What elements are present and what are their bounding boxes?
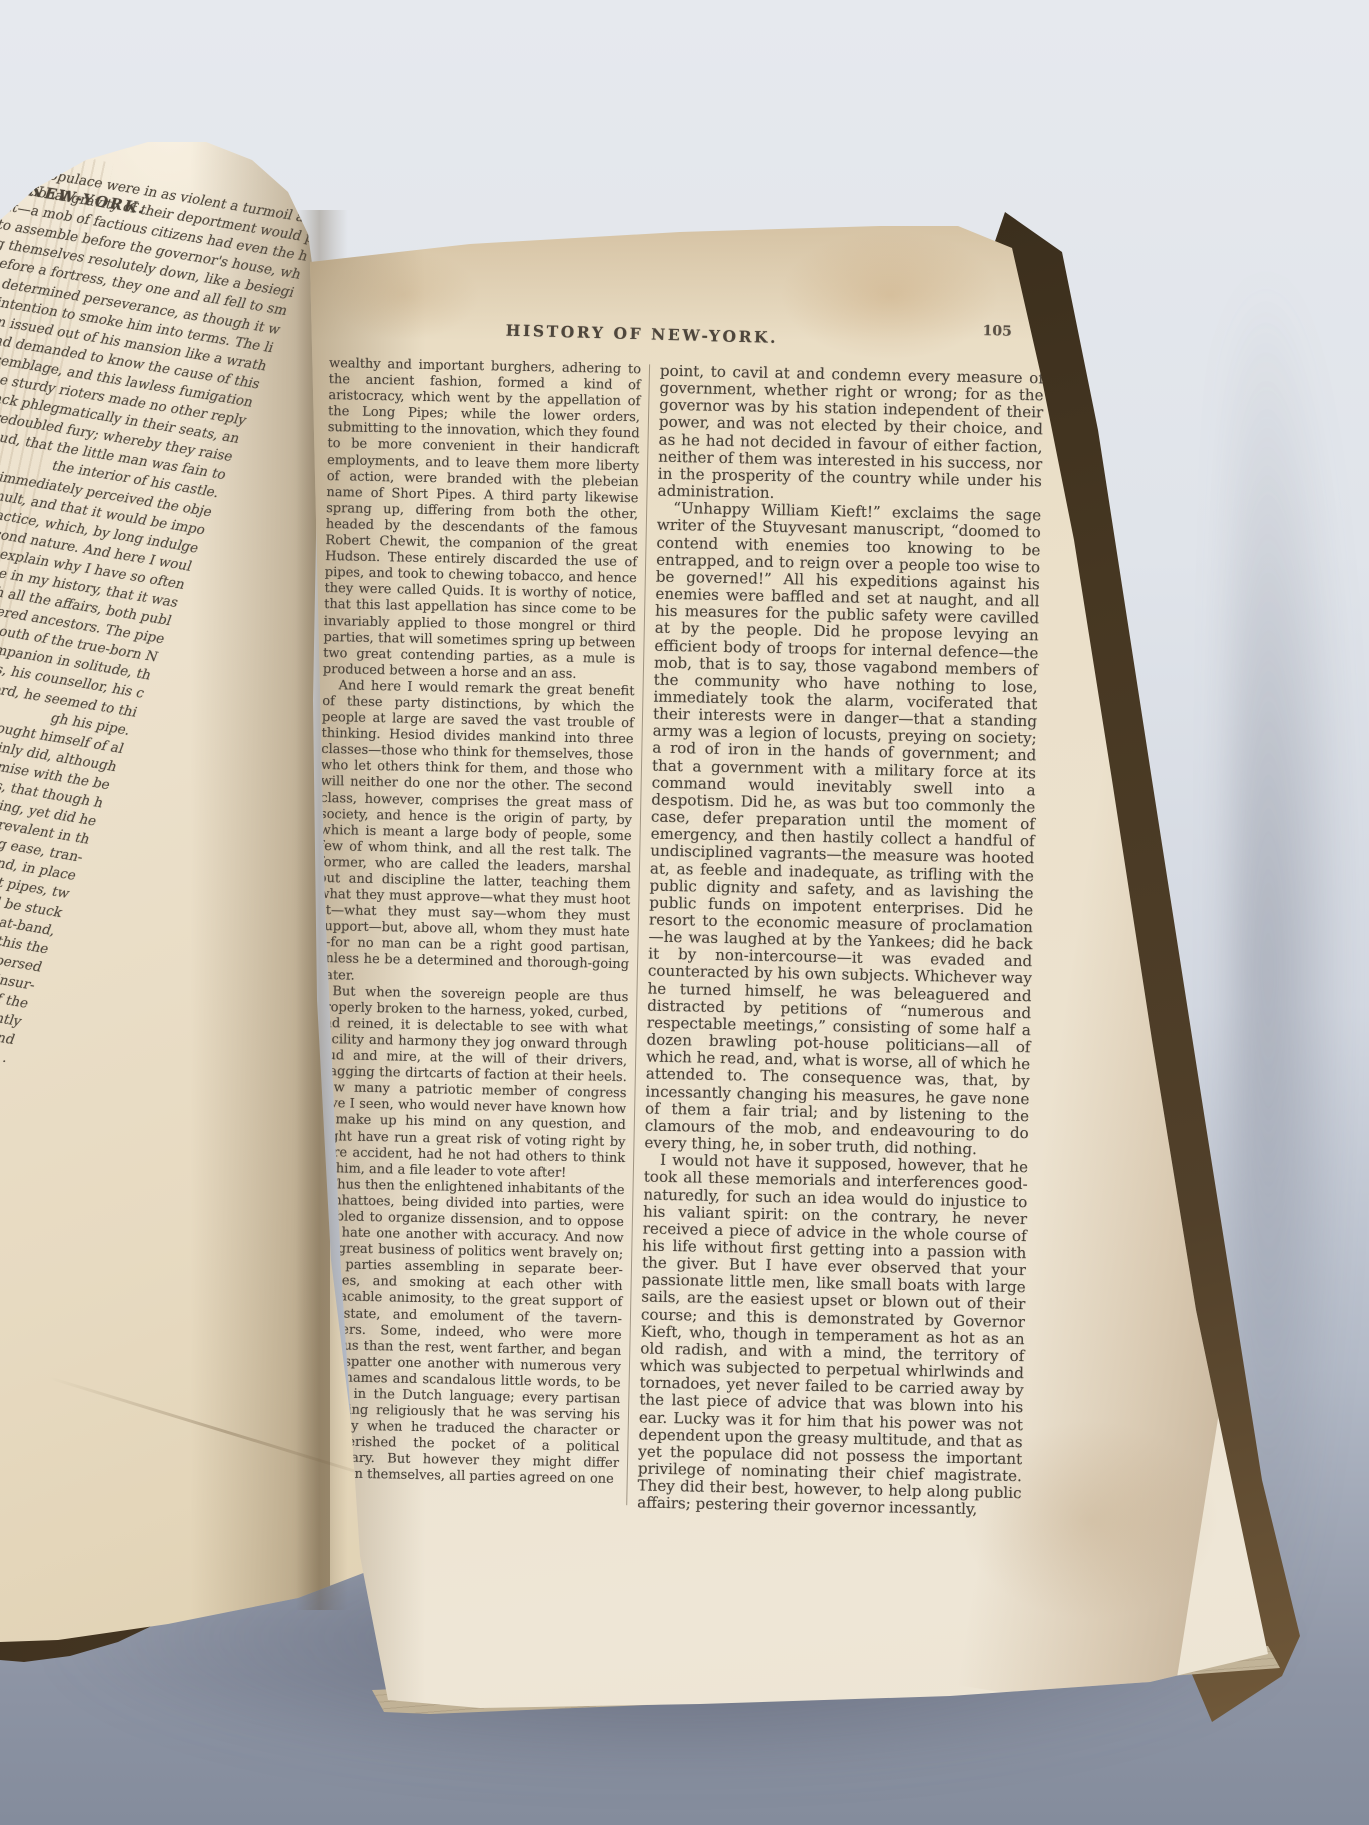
photo-of-open-book: OF NEW-YORK. The populace were in as vio… — [0, 0, 1369, 1825]
printed-area: HISTORY OF NEW-YORK. 105 wealthy and imp… — [306, 316, 1046, 1520]
paragraph: And here I would remark the great benefi… — [317, 678, 635, 990]
paragraph: But when the sovereign people are thus p… — [313, 984, 629, 1183]
page-number: 105 — [982, 323, 1012, 340]
paragraph: wealthy and important burghers, adhering… — [323, 356, 641, 684]
two-column-text: wealthy and important burghers, adhering… — [306, 356, 1045, 1520]
paragraph: “Unhappy William Kieft!” exclaims the sa… — [644, 500, 1041, 1160]
left-text-column: wealthy and important burghers, adhering… — [306, 356, 641, 1511]
running-head: HISTORY OF NEW-YORK. — [505, 321, 778, 347]
paragraph: Thus then the enlightened inhabitants of… — [307, 1177, 625, 1489]
paragraph: I would not have it supposed, however, t… — [637, 1152, 1028, 1520]
paragraph: point, to cavil at and condemn every mea… — [657, 363, 1044, 508]
right-text-column: point, to cavil at and condemn every mea… — [637, 363, 1044, 1520]
